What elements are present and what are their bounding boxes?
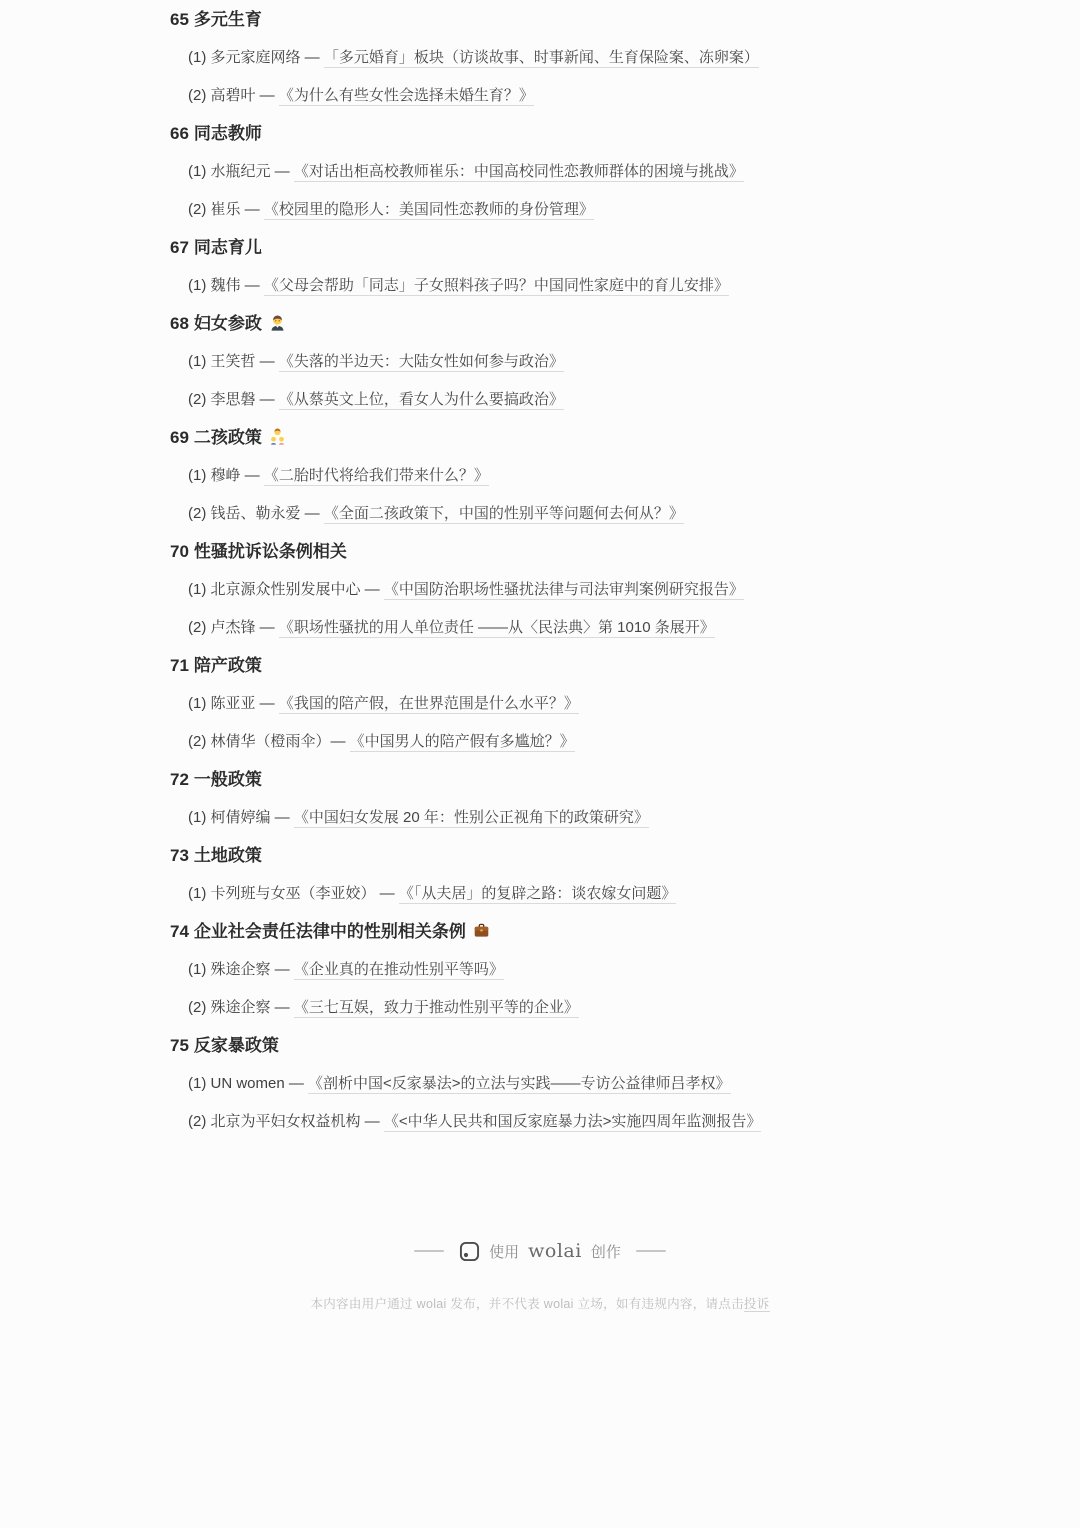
woman-office-worker-emoji-icon	[269, 314, 286, 331]
section-title: 同志育儿	[194, 238, 262, 257]
reference-item: (1) 陈亚亚 — 《我国的陪产假，在世界范围是什么水平？》	[170, 692, 910, 716]
reference-item: (1) 多元家庭网络 — 「多元婚育」板块（访谈故事、时事新闻、生育保险案、冻卵…	[170, 46, 910, 70]
reference-item: (1) 穆峥 — 《二胎时代将给我们带来什么？》	[170, 464, 910, 488]
made-with-prefix: 使用	[489, 1241, 519, 1262]
briefcase-emoji-icon	[473, 922, 490, 939]
reference-author: (1) 陈亚亚 —	[188, 695, 279, 712]
section-number: 68	[170, 314, 189, 333]
reference-item: (1) 卡列班与女巫（李亚姣） — 《「从夫居」的复辟之路：谈农嫁女问题》	[170, 882, 910, 906]
section-number: 74	[170, 922, 189, 941]
section-title: 一般政策	[194, 770, 262, 789]
section-items: (1) 水瓶纪元 — 《对话出柜高校教师崔乐：中国高校同性恋教师群体的困境与挑战…	[170, 160, 910, 222]
section-number: 66	[170, 124, 189, 143]
reference-author: (1) UN women —	[188, 1075, 308, 1092]
section-items: (1) 魏伟 — 《父母会帮助「同志」子女照料孩子吗？中国同性家庭中的育儿安排》	[170, 274, 910, 298]
article-link[interactable]: 《三七互娱，致力于推动性别平等的企业》	[294, 999, 579, 1018]
section-number: 65	[170, 10, 189, 29]
published-document-page: 65多元生育 (1) 多元家庭网络 — 「多元婚育」板块（访谈故事、时事新闻、生…	[0, 0, 1080, 1528]
article-link[interactable]: 《中国妇女发展 20 年：性别公正视角下的政策研究》	[294, 809, 649, 828]
article-link[interactable]: 《从蔡英文上位，看女人为什么要搞政治》	[279, 391, 564, 410]
section-title: 土地政策	[194, 846, 262, 865]
reading-list: 65多元生育 (1) 多元家庭网络 — 「多元婚育」板块（访谈故事、时事新闻、生…	[170, 8, 910, 1134]
section-heading: 71陪产政策	[170, 654, 910, 678]
right-rule	[636, 1250, 666, 1252]
section-number: 70	[170, 542, 189, 561]
reference-author: (1) 北京源众性别发展中心 —	[188, 581, 384, 598]
topic-section: 68妇女参政 (1) 王笑哲 — 《失落的半边天：大陆女性如何参与政治》 (2)…	[170, 312, 910, 412]
section-number: 72	[170, 770, 189, 789]
section-heading: 67同志育儿	[170, 236, 910, 260]
section-heading: 68妇女参政	[170, 312, 910, 336]
section-title: 企业社会责任法律中的性别相关条例	[194, 922, 466, 941]
reference-author: (1) 柯倩婷编 —	[188, 809, 294, 826]
reference-author: (2) 殊途企察 —	[188, 999, 294, 1016]
article-link[interactable]: 《父母会帮助「同志」子女照料孩子吗？中国同性家庭中的育儿安排》	[264, 277, 729, 296]
reference-item: (2) 崔乐 — 《校园里的隐形人：美国同性恋教师的身份管理》	[170, 198, 910, 222]
family-woman-children-emoji-icon	[269, 428, 286, 445]
reference-item: (2) 卢杰锋 — 《职场性骚扰的用人单位责任 ——从〈民法典〉第 1010 条…	[170, 616, 910, 640]
section-heading: 73土地政策	[170, 844, 910, 868]
section-items: (1) 穆峥 — 《二胎时代将给我们带来什么？》 (2) 钱岳、勒永爱 — 《全…	[170, 464, 910, 526]
reference-author: (2) 卢杰锋 —	[188, 619, 279, 636]
reference-item: (2) 林倩华（橙雨伞）— 《中国男人的陪产假有多尴尬？》	[170, 730, 910, 754]
left-rule	[414, 1250, 444, 1252]
reference-item: (2) 殊途企察 — 《三七互娱，致力于推动性别平等的企业》	[170, 996, 910, 1020]
topic-section: 65多元生育 (1) 多元家庭网络 — 「多元婚育」板块（访谈故事、时事新闻、生…	[170, 8, 910, 108]
section-title: 性骚扰诉讼条例相关	[194, 542, 347, 561]
topic-section: 74企业社会责任法律中的性别相关条例 (1) 殊途企察 — 《企业真的在推动性别…	[170, 920, 910, 1020]
article-link[interactable]: 《校园里的隐形人：美国同性恋教师的身份管理》	[264, 201, 594, 220]
reference-author: (2) 李思磐 —	[188, 391, 279, 408]
article-link[interactable]: 《「从夫居」的复辟之路：谈农嫁女问题》	[399, 885, 677, 904]
disclaimer: 本内容由用户通过 wolai 发布，并不代表 wolai 立场，如有违规内容，请…	[0, 1294, 1080, 1492]
reference-item: (1) 魏伟 — 《父母会帮助「同志」子女照料孩子吗？中国同性家庭中的育儿安排》	[170, 274, 910, 298]
reference-item: (1) 王笑哲 — 《失落的半边天：大陆女性如何参与政治》	[170, 350, 910, 374]
article-link[interactable]: 《全面二孩政策下，中国的性别平等问题何去何从？》	[324, 505, 684, 524]
topic-section: 67同志育儿 (1) 魏伟 — 《父母会帮助「同志」子女照料孩子吗？中国同性家庭…	[170, 236, 910, 298]
section-heading: 69二孩政策	[170, 426, 910, 450]
reference-author: (2) 钱岳、勒永爱 —	[188, 505, 324, 522]
section-heading: 65多元生育	[170, 8, 910, 32]
section-heading: 75反家暴政策	[170, 1034, 910, 1058]
reference-item: (1) 水瓶纪元 — 《对话出柜高校教师崔乐：中国高校同性恋教师群体的困境与挑战…	[170, 160, 910, 184]
article-link[interactable]: 《企业真的在推动性别平等吗》	[294, 961, 504, 980]
reference-author: (2) 高碧叶 —	[188, 87, 279, 104]
article-link[interactable]: 《剖析中国<反家暴法>的立法与实践——专访公益律师吕孝权》	[308, 1075, 731, 1094]
reference-item: (1) 殊途企察 — 《企业真的在推动性别平等吗》	[170, 958, 910, 982]
article-link[interactable]: 《为什么有些女性会选择未婚生育？》	[279, 87, 534, 106]
section-title: 同志教师	[194, 124, 262, 143]
disclaimer-text: 本内容由用户通过 wolai 发布，并不代表 wolai 立场，如有违规内容，请…	[310, 1297, 743, 1311]
page-footer: 使用 wolai 创作 本内容由用户通过 wolai 发布，并不代表 wolai…	[0, 1240, 1080, 1492]
section-heading: 72一般政策	[170, 768, 910, 792]
wolai-logo-icon	[459, 1241, 480, 1262]
topic-section: 73土地政策 (1) 卡列班与女巫（李亚姣） — 《「从夫居」的复辟之路：谈农嫁…	[170, 844, 910, 906]
article-link[interactable]: 《职场性骚扰的用人单位责任 ——从〈民法典〉第 1010 条展开》	[279, 619, 715, 638]
section-title: 陪产政策	[194, 656, 262, 675]
reference-author: (2) 崔乐 —	[188, 201, 264, 218]
section-title: 反家暴政策	[194, 1036, 279, 1055]
reference-author: (2) 北京为平妇女权益机构 —	[188, 1113, 384, 1130]
reference-item: (2) 高碧叶 — 《为什么有些女性会选择未婚生育？》	[170, 84, 910, 108]
section-title: 二孩政策	[194, 428, 262, 447]
made-with-suffix: 创作	[591, 1241, 621, 1262]
topic-section: 69二孩政策 (1) 穆峥 — 《二胎时代将给我们带来什么？》 (2) 钱岳、勒…	[170, 426, 910, 526]
reference-item: (1) UN women — 《剖析中国<反家暴法>的立法与实践——专访公益律师…	[170, 1072, 910, 1096]
section-number: 67	[170, 238, 189, 257]
article-link[interactable]: 「多元婚育」板块（访谈故事、时事新闻、生育保险案、冻卵案）	[324, 49, 759, 68]
section-number: 75	[170, 1036, 189, 1055]
reference-author: (1) 水瓶纪元 —	[188, 163, 294, 180]
wolai-wordmark: wolai	[528, 1240, 582, 1262]
section-items: (1) 陈亚亚 — 《我国的陪产假，在世界范围是什么水平？》 (2) 林倩华（橙…	[170, 692, 910, 754]
article-link[interactable]: 《<中华人民共和国反家庭暴力法>实施四周年监测报告》	[384, 1113, 762, 1132]
section-heading: 66同志教师	[170, 122, 910, 146]
section-items: (1) 殊途企察 — 《企业真的在推动性别平等吗》 (2) 殊途企察 — 《三七…	[170, 958, 910, 1020]
reference-author: (1) 穆峥 —	[188, 467, 264, 484]
section-items: (1) UN women — 《剖析中国<反家暴法>的立法与实践——专访公益律师…	[170, 1072, 910, 1134]
section-title: 妇女参政	[194, 314, 262, 333]
section-title: 多元生育	[194, 10, 262, 29]
section-heading: 74企业社会责任法律中的性别相关条例	[170, 920, 910, 944]
reference-author: (1) 魏伟 —	[188, 277, 264, 294]
reference-author: (1) 多元家庭网络 —	[188, 49, 324, 66]
reference-author: (1) 卡列班与女巫（李亚姣） —	[188, 885, 399, 902]
article-link[interactable]: 《对话出柜高校教师崔乐：中国高校同性恋教师群体的困境与挑战》	[294, 163, 744, 182]
section-items: (1) 卡列班与女巫（李亚姣） — 《「从夫居」的复辟之路：谈农嫁女问题》	[170, 882, 910, 906]
topic-section: 66同志教师 (1) 水瓶纪元 — 《对话出柜高校教师崔乐：中国高校同性恋教师群…	[170, 122, 910, 222]
topic-section: 72一般政策 (1) 柯倩婷编 — 《中国妇女发展 20 年：性别公正视角下的政…	[170, 768, 910, 830]
topic-section: 70性骚扰诉讼条例相关 (1) 北京源众性别发展中心 — 《中国防治职场性骚扰法…	[170, 540, 910, 640]
reference-author: (1) 殊途企察 —	[188, 961, 294, 978]
section-number: 69	[170, 428, 189, 447]
article-link[interactable]: 《中国防治职场性骚扰法律与司法审判案例研究报告》	[384, 581, 744, 600]
section-items: (1) 北京源众性别发展中心 — 《中国防治职场性骚扰法律与司法审判案例研究报告…	[170, 578, 910, 640]
section-items: (1) 王笑哲 — 《失落的半边天：大陆女性如何参与政治》 (2) 李思磐 — …	[170, 350, 910, 412]
article-link[interactable]: 《我国的陪产假，在世界范围是什么水平？》	[279, 695, 579, 714]
reference-item: (2) 李思磐 — 《从蔡英文上位，看女人为什么要搞政治》	[170, 388, 910, 412]
reference-item: (1) 柯倩婷编 — 《中国妇女发展 20 年：性别公正视角下的政策研究》	[170, 806, 910, 830]
topic-section: 75反家暴政策 (1) UN women — 《剖析中国<反家暴法>的立法与实践…	[170, 1034, 910, 1134]
reference-item: (2) 钱岳、勒永爱 — 《全面二孩政策下，中国的性别平等问题何去何从？》	[170, 502, 910, 526]
section-items: (1) 柯倩婷编 — 《中国妇女发展 20 年：性别公正视角下的政策研究》	[170, 806, 910, 830]
article-link[interactable]: 《二胎时代将给我们带来什么？》	[264, 467, 489, 486]
reference-item: (1) 北京源众性别发展中心 — 《中国防治职场性骚扰法律与司法审判案例研究报告…	[170, 578, 910, 602]
reference-item: (2) 北京为平妇女权益机构 — 《<中华人民共和国反家庭暴力法>实施四周年监测…	[170, 1110, 910, 1134]
section-number: 73	[170, 846, 189, 865]
article-link[interactable]: 《中国男人的陪产假有多尴尬？》	[350, 733, 575, 752]
reference-author: (1) 王笑哲 —	[188, 353, 279, 370]
section-number: 71	[170, 656, 189, 675]
section-items: (1) 多元家庭网络 — 「多元婚育」板块（访谈故事、时事新闻、生育保险案、冻卵…	[170, 46, 910, 108]
article-link[interactable]: 《失落的半边天：大陆女性如何参与政治》	[279, 353, 564, 372]
reference-author: (2) 林倩华（橙雨伞）—	[188, 733, 350, 750]
made-with-wolai: 使用 wolai 创作	[0, 1240, 1080, 1262]
section-heading: 70性骚扰诉讼条例相关	[170, 540, 910, 564]
topic-section: 71陪产政策 (1) 陈亚亚 — 《我国的陪产假，在世界范围是什么水平？》 (2…	[170, 654, 910, 754]
report-link[interactable]: 投诉	[744, 1297, 770, 1312]
